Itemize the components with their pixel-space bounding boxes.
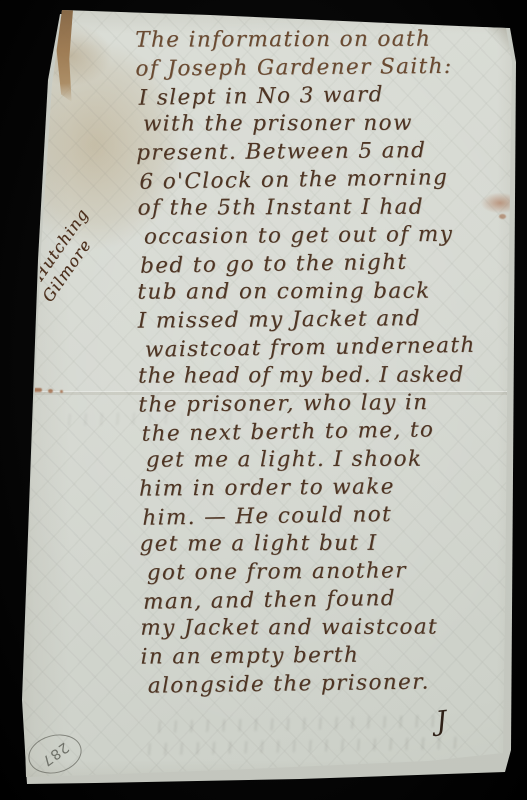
manuscript-line: tub and on coming back [137,277,509,306]
rust-stain [48,389,53,393]
manuscript-line: my Jacket and waistcoat [140,613,512,642]
manuscript-line: bed to go to the night [140,247,509,280]
manuscript-line: him in order to wake [139,472,511,503]
manuscript-line: I missed my Jacket and [138,304,510,335]
manuscript-line: alongside the prisoner. [148,667,513,700]
manuscript-line: man, and then found [143,583,512,616]
manuscript-line: in an empty berth [140,640,512,671]
manuscript-line: the prisoner, who lay in [138,388,510,419]
manuscript-line: the head of my bed. I asked [138,361,510,390]
manuscript-line: the next berth to me, to [141,415,510,448]
pencil-number: 287 [38,739,71,769]
photograph-backdrop: Jno Hutching Gilmore The information on … [0,0,527,800]
manuscript-line: of Joseph Gardener Saith: [135,52,507,83]
manuscript-line: I slept in No 3 ward [138,79,507,112]
manuscript-line: waistcoat from underneath [145,331,510,364]
manuscript-line: with the prisoner now [143,109,508,138]
manuscript-line: The information on oath [135,25,507,54]
rust-stain [60,390,63,393]
manuscript-page: Jno Hutching Gilmore The information on … [0,0,527,800]
manuscript-line: get me a light but I [140,529,512,558]
manuscript-line: 6 o'Clock on the morning [139,163,508,196]
manuscript-line: present. Between 5 and [136,136,508,167]
manuscript-line: occasion to get out of my [144,220,509,251]
manuscript-line: of the 5th Instant I had [138,193,509,222]
manuscript-line: got one from another [147,556,512,587]
manuscript-line: him. — He could not [142,499,511,532]
manuscript-text: The information on oath of Joseph Garden… [135,24,513,699]
manuscript-line: get me a light. I shook [146,445,511,474]
